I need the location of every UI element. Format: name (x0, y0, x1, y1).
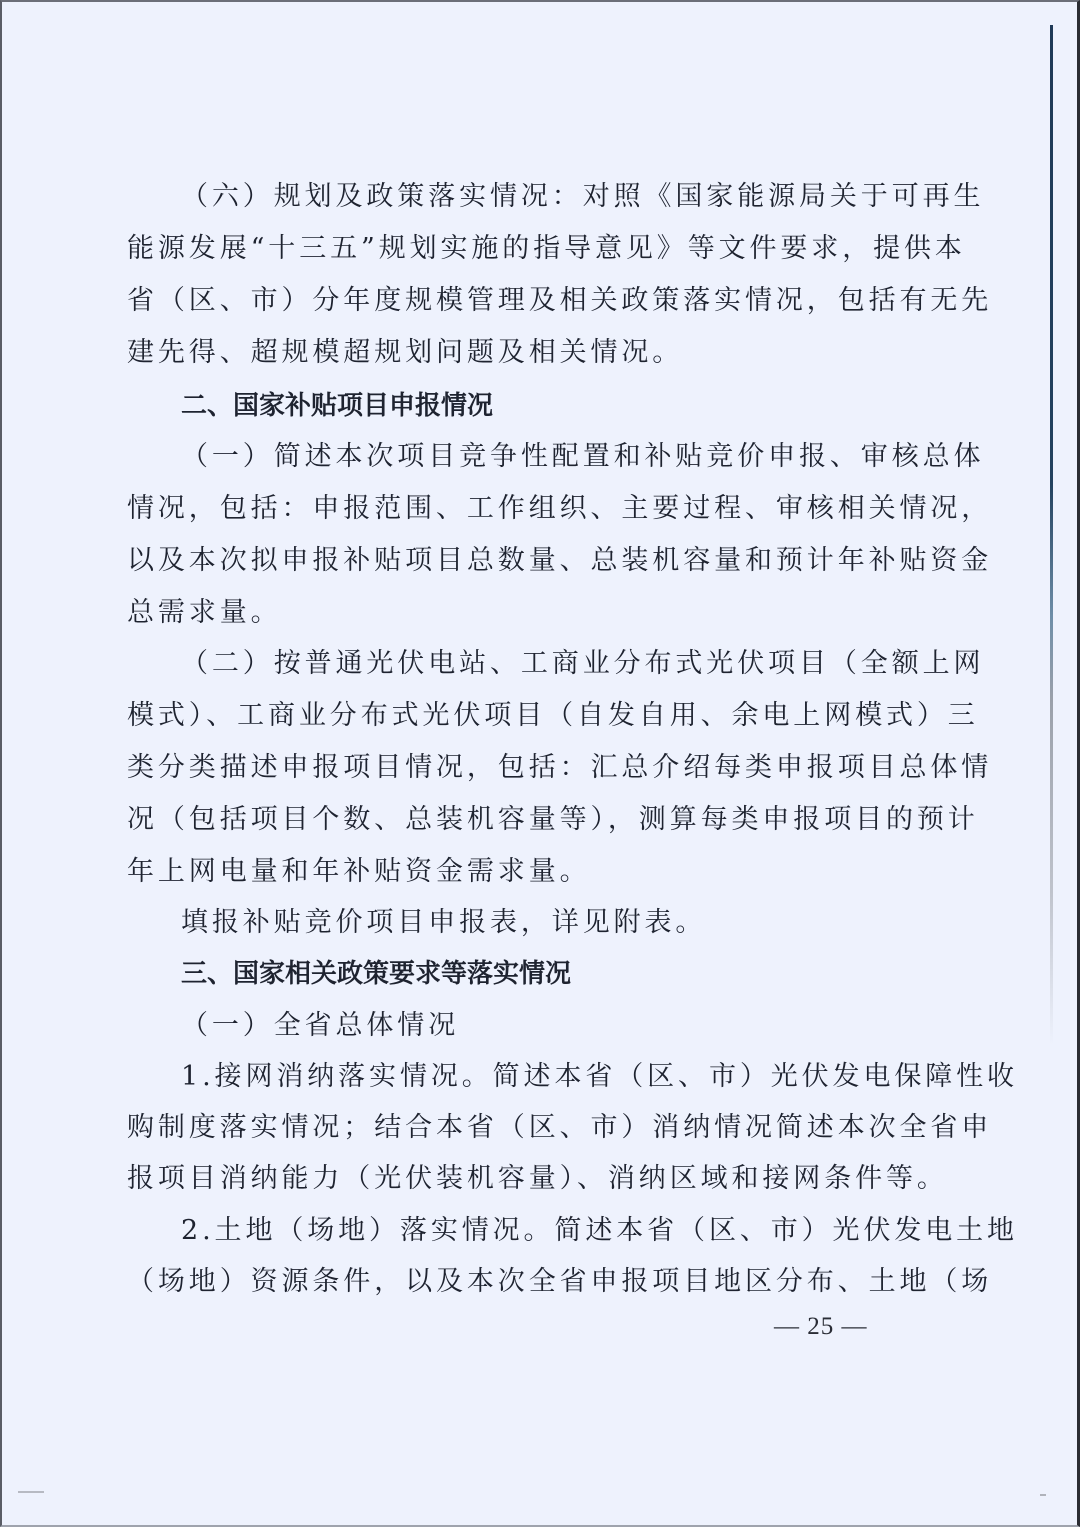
paragraph-line: 类分类描述申报项目情况，包括：汇总介绍每类申报项目总体情 (127, 751, 887, 785)
section-heading: 三、国家相关政策要求等落实情况 (181, 957, 887, 991)
scan-artifact-mark (1040, 1494, 1046, 1496)
paragraph-line: 况（包括项目个数、总装机容量等），测算每类申报项目的预计 (127, 803, 887, 837)
binding-edge-line (1050, 25, 1053, 1045)
section-heading: 二、国家补贴项目申报情况 (181, 389, 887, 423)
paragraph-line: 以及本次拟申报补贴项目总数量、总装机容量和预计年补贴资金 (127, 544, 887, 578)
page-number: — 25 — (774, 1313, 868, 1341)
paragraph-line: 总需求量。 (127, 596, 887, 630)
paragraph-line: 报项目消纳能力（光伏装机容量）、消纳区域和接网条件等。 (127, 1162, 887, 1196)
paragraph-line: （六）规划及政策落实情况：对照《国家能源局关于可再生 (181, 180, 887, 214)
paragraph-line: （一）简述本次项目竞争性配置和补贴竞价申报、审核总体 (181, 440, 887, 474)
paragraph-line: 2.土地（场地）落实情况。简述本省（区、市）光伏发电土地 (181, 1214, 887, 1248)
paragraph-line: （场地）资源条件，以及本次全省申报项目地区分布、土地（场 (127, 1265, 887, 1299)
paragraph-line: 情况，包括：申报范围、工作组织、主要过程、审核相关情况， (127, 492, 887, 526)
paragraph-line: 模式）、工商业分布式光伏项目（自发自用、余电上网模式）三 (127, 699, 887, 733)
subsection-heading: （一）全省总体情况 (181, 1009, 887, 1043)
paragraph-line: 年上网电量和年补贴资金需求量。 (127, 855, 887, 889)
paragraph-line: 建先得、超规模超规划问题及相关情况。 (127, 336, 887, 370)
paragraph-line: 购制度落实情况；结合本省（区、市）消纳情况简述本次全省申 (127, 1111, 887, 1145)
paragraph-line: 1.接网消纳落实情况。简述本省（区、市）光伏发电保障性收 (181, 1060, 887, 1094)
paragraph-line: 填报补贴竞价项目申报表，详见附表。 (181, 906, 887, 940)
paragraph-line: 省（区、市）分年度规模管理及相关政策落实情况，包括有无先 (127, 284, 887, 318)
paragraph-line: 能源发展“十三五”规划实施的指导意见》等文件要求，提供本 (127, 232, 887, 266)
scan-artifact-mark (18, 1491, 44, 1493)
paragraph-line: （二）按普通光伏电站、工商业分布式光伏项目（全额上网 (181, 647, 887, 681)
